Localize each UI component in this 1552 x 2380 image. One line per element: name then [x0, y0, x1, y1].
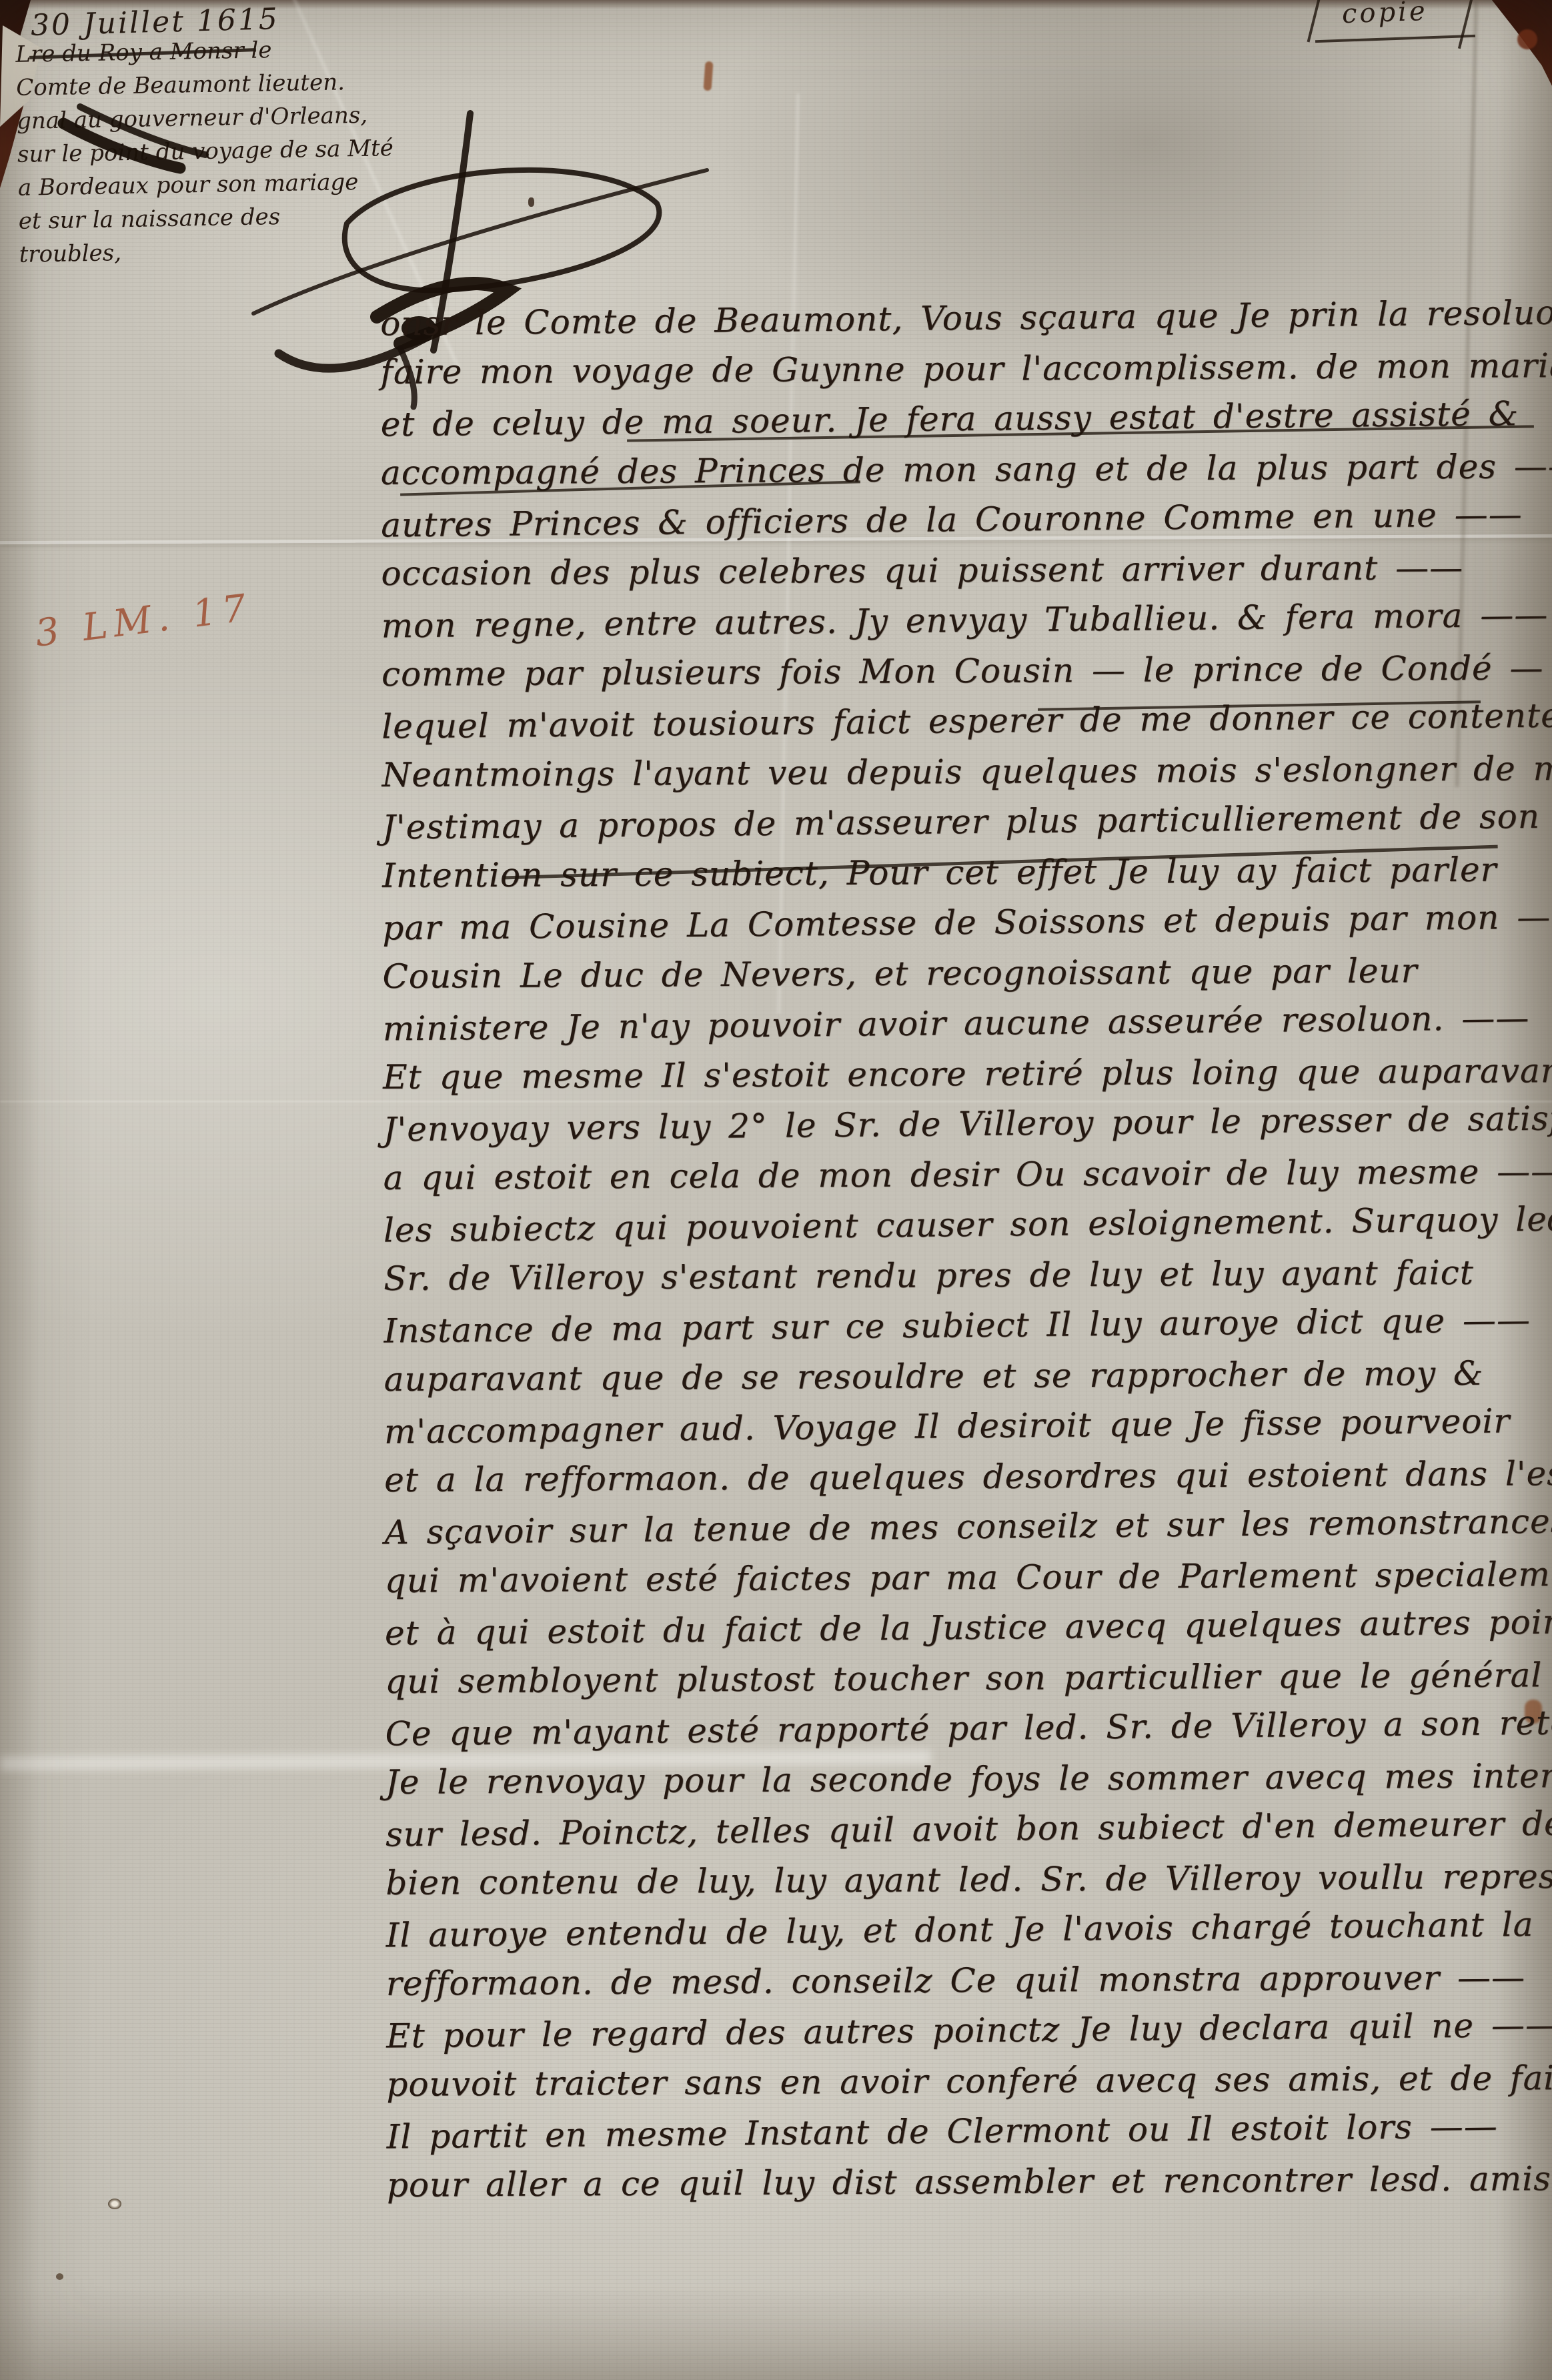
body-line: Neantmoings l'ayant veu depuis quelques … — [381, 744, 1552, 800]
body-line: les subiectz qui pouvoient causer son es… — [383, 1195, 1552, 1256]
body-line: qui sembloyent plustost toucher son part… — [385, 1650, 1552, 1707]
body-line: J'envoyay vers luy 2° le Sr. de Villeroy… — [383, 1094, 1552, 1155]
body-line: qui m'avoient esté faictes par ma Cour d… — [385, 1550, 1552, 1606]
body-line: pouvoit traicter sans en avoir conferé a… — [386, 2053, 1552, 2110]
body-line: ministere Je n'ay pouvoir avoir aucune a… — [382, 993, 1552, 1055]
body-line: sur lesd. Poinctz, telles quil avoit bon… — [385, 1799, 1552, 1860]
body-line: et de celuy de ma soeur. Je fera aussy e… — [380, 389, 1552, 450]
paper-hole — [56, 2273, 63, 2280]
body-line: Instance de ma part sur ce subiect Il lu… — [383, 1295, 1552, 1357]
rust-stain — [1517, 29, 1537, 49]
body-line: Il partit en mesme Instant de Clermont o… — [386, 2101, 1552, 2163]
body-line: Il auroye entendu de luy, et dont Je l'a… — [385, 1900, 1552, 1961]
body-line: onsr le Comte de Beaumont, Vous sçaura q… — [380, 288, 1552, 350]
body-line: autres Princes & officiers de la Couronn… — [381, 490, 1552, 551]
body-line: occasion des plus celebres qui puissent … — [381, 542, 1552, 599]
body-line: pour aller a ce quil luy dist assembler … — [387, 2154, 1552, 2211]
body-line: faire mon voyage de Guynne pour l'accomp… — [380, 341, 1552, 398]
ink-speck — [528, 197, 534, 207]
margin-note-line: troubles, — [19, 231, 393, 271]
body-line: Et pour le regard des autres poinctz Je … — [386, 2000, 1552, 2062]
body-line: Je le renvoyay pour la seconde foys le s… — [385, 1751, 1552, 1808]
body-line: par ma Cousine La Comtesse de Soissons e… — [382, 892, 1552, 954]
manuscript-photo: { "colors": { "backdrop": "#2a0d08", "pa… — [0, 0, 1552, 2380]
margin-summary-note: Lre du Roy a Monsr leComte de Beaumont l… — [15, 31, 393, 271]
body-line: J'estimay a propos de m'asseurer plus pa… — [381, 792, 1552, 853]
body-line: Intention sur ce subiect, Pour cet effet… — [382, 844, 1552, 901]
body-line: a qui estoit en cela de mon desir Ou sca… — [383, 1147, 1552, 1203]
body-line: Sr. de Villeroy s'estant rendu pres de l… — [383, 1247, 1552, 1304]
body-line: m'accompagner aud. Voyage Il desiroit qu… — [384, 1396, 1552, 1457]
body-line: Cousin Le duc de Nevers, et recognoissan… — [382, 945, 1552, 1002]
body-line: lequel m'avoit tousiours faict esperer d… — [381, 691, 1552, 752]
body-line: A sçavoir sur la tenue de mes conseilz e… — [384, 1497, 1552, 1558]
body-line: Ce que m'ayant esté rapporté par led. Sr… — [385, 1698, 1552, 1760]
body-line: Et que mesme Il s'estoit encore retiré p… — [383, 1046, 1552, 1103]
paper-hole — [108, 2199, 121, 2209]
body-line: et à qui estoit du faict de la Justice a… — [385, 1598, 1552, 1659]
body-line: comme par plusieurs fois Mon Cousin — le… — [381, 643, 1552, 700]
body-line: auparavant que de se resouldre et se rap… — [383, 1348, 1552, 1405]
body-line: refformaon. de mesd. conseilz Ce quil mo… — [386, 1952, 1552, 2009]
copy-mark: copie — [1341, 0, 1428, 29]
body-line: mon regne, entre autres. Jy envyay Tubal… — [381, 590, 1552, 652]
letter-body-text: onsr le Comte de Beaumont, Vous sçaura q… — [380, 291, 1552, 2209]
body-line: bien contenu de luy, luy ayant led. Sr. … — [385, 1852, 1552, 1908]
margin-note-line: a Bordeaux pour son mariage — [17, 165, 392, 205]
body-line: et a la refformaon. de quelques desordre… — [384, 1449, 1552, 1506]
